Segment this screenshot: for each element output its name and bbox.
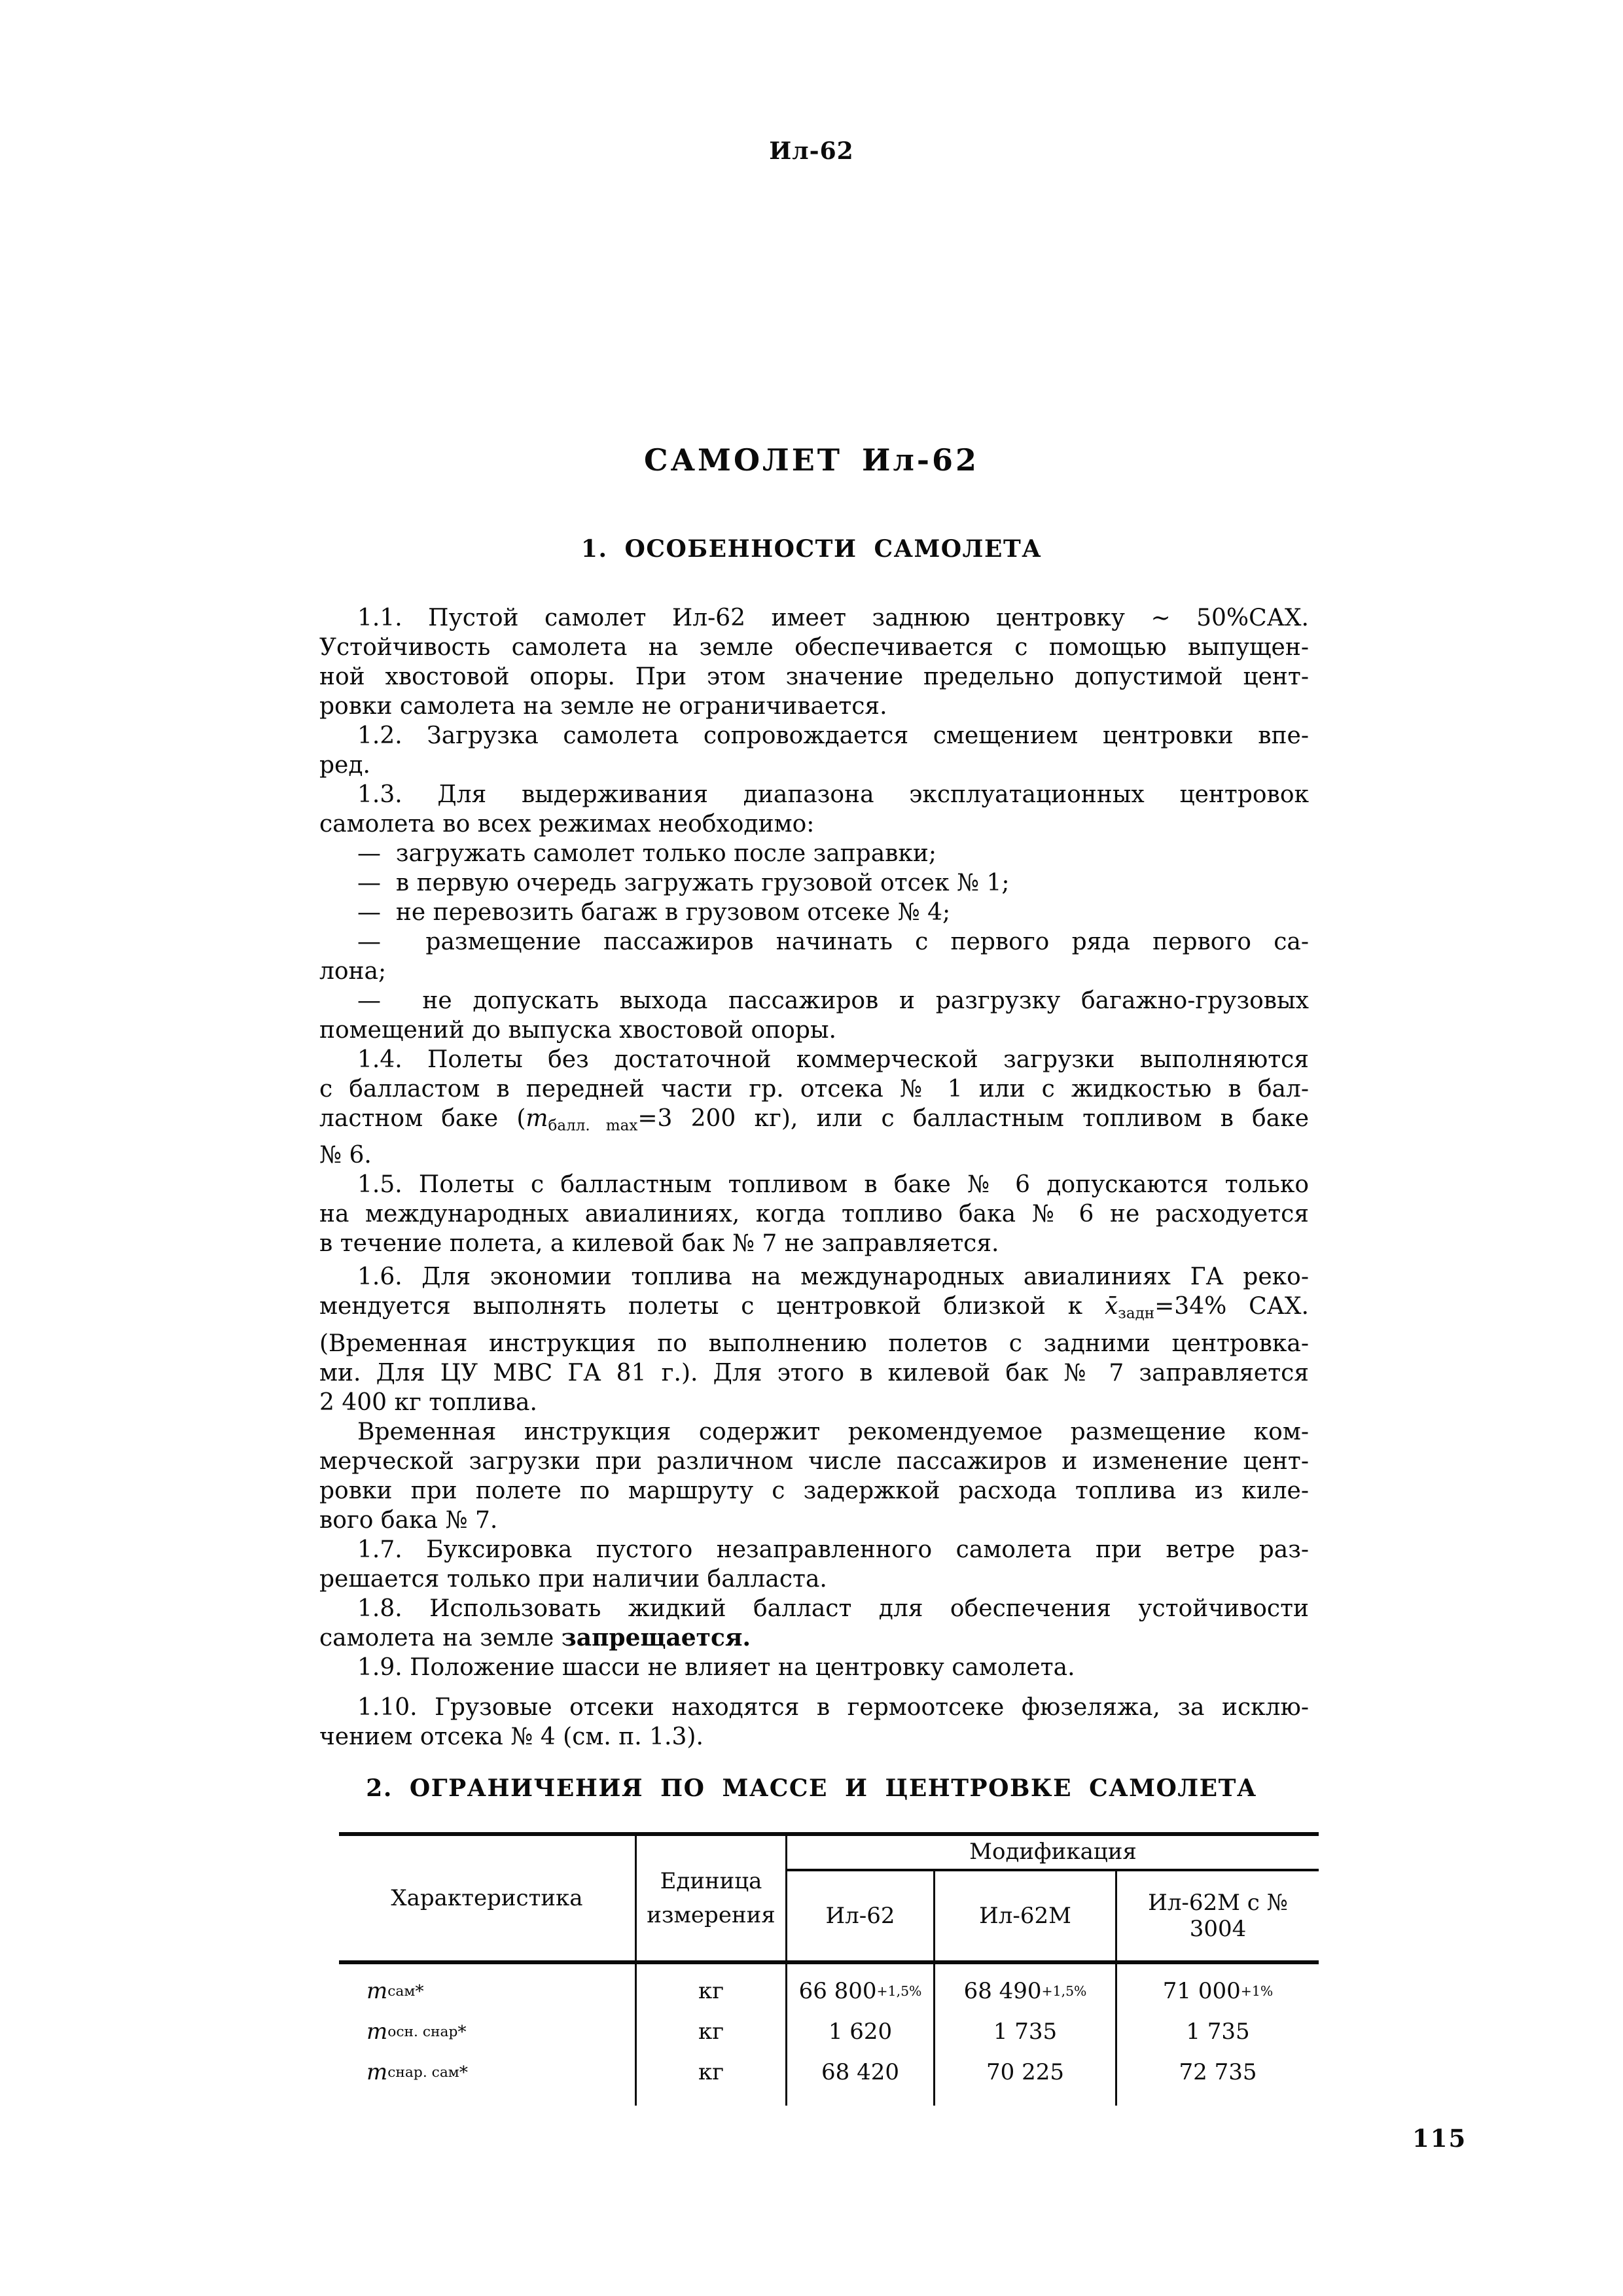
text-line: лона;: [319, 957, 1309, 986]
text-segment: ровки при полете по маршруту с задержкой…: [319, 1477, 1309, 1504]
running-header: Ил-62: [0, 137, 1623, 165]
row-label: mосн. снар*: [339, 2011, 635, 2052]
text-segment: 1.2. Загрузка самолета сопровождается см…: [357, 722, 1309, 749]
text-segment: 1.8. Использовать жидкий балласт для обе…: [357, 1595, 1309, 1622]
text-segment: 1.4. Полеты без достаточной коммерческой…: [357, 1046, 1309, 1073]
col-header-modification-group: Модификация: [787, 1835, 1319, 1869]
text-segment: ной хвостовой опоры. При этом значение п…: [319, 663, 1309, 690]
row-value-il62m-3004: 1 735: [1117, 2011, 1319, 2052]
paragraph: — размещение пассажиров начинать с перво…: [319, 927, 1309, 986]
text-segment: =3 200 кг), или с балластным топливом в …: [637, 1105, 1309, 1132]
text-segment: на международных авиалиниях, когда топли…: [319, 1201, 1309, 1227]
text-segment: Временная инструкция содержит рекомендуе…: [357, 1419, 1309, 1445]
col-header-il62: Ил-62: [787, 1871, 933, 1960]
text-line: 1.7. Буксировка пустого незаправленного …: [319, 1535, 1309, 1564]
value-number: 68 420: [821, 2059, 899, 2085]
table-row: mосн. снар* кг 1 620 1 735 1 735: [339, 2011, 1319, 2052]
text-segment: № 6.: [319, 1142, 372, 1169]
paragraph: 1.8. Использовать жидкий балласт для обе…: [319, 1594, 1309, 1653]
row-label-symbol: m: [366, 2019, 387, 2045]
text-line: — размещение пассажиров начинать с перво…: [319, 927, 1309, 957]
text-line: ми. Для ЦУ МВС ГА 81 г.). Для этого в ки…: [319, 1358, 1309, 1388]
page-number: 115: [1412, 2124, 1467, 2153]
text-line: 1.4. Полеты без достаточной коммерческой…: [319, 1045, 1309, 1074]
text-line: ред.: [319, 751, 1309, 780]
features-text-block: 1.1. Пустой самолет Ил-62 имеет заднюю ц…: [319, 603, 1309, 1752]
text-segment: самолета на земле: [319, 1625, 562, 1651]
row-label-star: *: [459, 2062, 468, 2083]
row-value-il62m-3004: 71 000+1%: [1117, 1971, 1319, 2011]
text-segment: 1.7. Буксировка пустого незаправленного …: [357, 1536, 1309, 1563]
text-segment: Устойчивость самолета на земле обеспечив…: [319, 634, 1309, 661]
text-line: самолета во всех режимах необходимо:: [319, 809, 1309, 839]
row-value-il62: 66 800+1,5%: [787, 1971, 933, 2011]
row-unit: кг: [637, 1971, 785, 2011]
row-value-il62m: 70 225: [935, 2052, 1115, 2093]
col-header-unit: Единица измерения: [637, 1836, 785, 1960]
text-line: в течение полета, а килевой бак № 7 не з…: [319, 1229, 1309, 1258]
paragraph: — не перевозить багаж в грузовом отсеке …: [319, 898, 1309, 927]
text-segment: 1.9. Положение шасси не влияет на центро…: [357, 1654, 1075, 1681]
paragraph: 1.6. Для экономии топлива на международн…: [319, 1262, 1309, 1417]
text-segment: помещений до выпуска хвостовой опоры.: [319, 1017, 836, 1044]
text-segment: — не перевозить багаж в грузовом отсеке …: [357, 899, 950, 926]
col-header-unit-line2: измерения: [647, 1898, 775, 1932]
text-segment: лона;: [319, 958, 386, 985]
text-line: мендуется выполнять полеты с центровкой …: [319, 1292, 1309, 1328]
page-title: САМОЛЕТ Ил-62: [0, 442, 1623, 478]
text-line: ровки при полете по маршруту с задержкой…: [319, 1476, 1309, 1506]
value-number: 1 735: [993, 2019, 1057, 2045]
row-unit: кг: [637, 2011, 785, 2052]
row-label-subscript: осн. снар: [387, 2024, 457, 2040]
text-line: — не перевозить багаж в грузовом отсеке …: [319, 898, 1309, 927]
section-2-heading: 2. ОГРАНИЧЕНИЯ ПО МАССЕ И ЦЕНТРОВКЕ САМО…: [0, 1775, 1623, 1802]
row-value-il62m: 1 735: [935, 2011, 1115, 2052]
text-segment: самолета во всех режимах необходимо:: [319, 811, 814, 838]
text-line: 2 400 кг топлива.: [319, 1388, 1309, 1417]
value-number: 72 735: [1179, 2059, 1257, 2085]
table-rule-header-bottom: [339, 1960, 1319, 1964]
paragraph: 1.2. Загрузка самолета сопровождается см…: [319, 721, 1309, 780]
table-row: mсам* кг 66 800+1,5% 68 490+1,5% 71 000+…: [339, 1971, 1319, 2011]
text-segment: 1.6. Для экономии топлива на международн…: [357, 1263, 1309, 1290]
row-value-il62: 68 420: [787, 2052, 933, 2093]
row-label-subscript: сам: [387, 1983, 415, 2000]
text-line: 1.6. Для экономии топлива на международн…: [319, 1262, 1309, 1292]
text-segment: 1.1. Пустой самолет Ил-62 имеет заднюю ц…: [357, 605, 1309, 631]
row-unit: кг: [637, 2052, 785, 2093]
col-header-unit-line1: Единица: [660, 1864, 762, 1898]
text-segment: 1.5. Полеты с балластным топливом в баке…: [357, 1171, 1309, 1198]
text-line: с балластом в передней части гр. отсека …: [319, 1074, 1309, 1104]
section-1-heading: 1. ОСОБЕННОСТИ САМОЛЕТА: [0, 535, 1623, 563]
paragraph: — в первую очередь загружать грузовой от…: [319, 868, 1309, 898]
col-header-characteristic: Характеристика: [339, 1836, 635, 1960]
text-segment: в течение полета, а килевой бак № 7 не з…: [319, 1230, 999, 1257]
value-number: 1 735: [1186, 2019, 1249, 2045]
text-line: 1.2. Загрузка самолета сопровождается см…: [319, 721, 1309, 751]
row-value-il62m: 68 490+1,5%: [935, 1971, 1115, 2011]
value-number: 68 490: [964, 1978, 1042, 2004]
paragraph: 1.10. Грузовые отсеки находятся в гермоо…: [319, 1693, 1309, 1752]
paragraph: 1.4. Полеты без достаточной коммерческой…: [319, 1045, 1309, 1170]
col-header-il62m: Ил-62М: [935, 1871, 1115, 1960]
text-segment: =34% САХ.: [1154, 1293, 1309, 1320]
paragraph: 1.9. Положение шасси не влияет на центро…: [319, 1653, 1309, 1682]
text-line: — в первую очередь загружать грузовой от…: [319, 868, 1309, 898]
row-label-subscript: снар. сам: [387, 2064, 459, 2081]
text-line: — загружать самолет только после заправк…: [319, 839, 1309, 868]
row-label: mснар. сам*: [339, 2052, 635, 2093]
row-value-il62: 1 620: [787, 2011, 933, 2052]
text-line: ной хвостовой опоры. При этом значение п…: [319, 662, 1309, 692]
value-number: 1 620: [829, 2019, 892, 2045]
text-segment: 1.10. Грузовые отсеки находятся в гермоо…: [357, 1694, 1309, 1721]
paragraph: Временная инструкция содержит рекомендуе…: [319, 1417, 1309, 1535]
row-label-symbol: m: [366, 2059, 387, 2085]
text-line: — не допускать выхода пассажиров и разгр…: [319, 986, 1309, 1016]
text-segment: решается только при наличии балласта.: [319, 1566, 827, 1593]
text-segment: ми. Для ЦУ МВС ГА 81 г.). Для этого в ки…: [319, 1360, 1309, 1386]
paragraph: 1.3. Для выдерживания диапазона эксплуат…: [319, 780, 1309, 839]
text-line: на международных авиалиниях, когда топли…: [319, 1199, 1309, 1229]
text-segment: — в первую очередь загружать грузовой от…: [357, 870, 1010, 896]
text-line: решается только при наличии балласта.: [319, 1564, 1309, 1594]
value-tolerance: +1,5%: [1042, 1983, 1087, 1999]
text-segment: — загружать самолет только после заправк…: [357, 840, 936, 867]
formula-subscript: балл. max: [548, 1117, 638, 1134]
text-line: 1.8. Использовать жидкий балласт для обе…: [319, 1594, 1309, 1623]
paragraph: 1.1. Пустой самолет Ил-62 имеет заднюю ц…: [319, 603, 1309, 721]
text-line: вого бака № 7.: [319, 1506, 1309, 1535]
text-segment: — не допускать выхода пассажиров и разгр…: [357, 987, 1309, 1014]
paragraph: — не допускать выхода пассажиров и разгр…: [319, 986, 1309, 1045]
text-segment: 1.3. Для выдерживания диапазона эксплуат…: [357, 781, 1309, 808]
text-line: помещений до выпуска хвостовой опоры.: [319, 1016, 1309, 1045]
text-segment: ровки самолета на земле не ограничиваетс…: [319, 693, 887, 720]
row-value-il62m-3004: 72 735: [1117, 2052, 1319, 2093]
text-line: 1.10. Грузовые отсеки находятся в гермоо…: [319, 1693, 1309, 1722]
text-segment: ред.: [319, 752, 370, 779]
text-line: ластном баке (mбалл. max=3 200 кг), или …: [319, 1104, 1309, 1140]
row-label-symbol: m: [366, 1978, 387, 2004]
text-segment: чением отсека № 4 (см. п. 1.3).: [319, 1723, 704, 1750]
text-segment: мендуется выполнять полеты с центровкой …: [319, 1293, 1105, 1320]
text-line: мерческой загрузки при различном числе п…: [319, 1447, 1309, 1476]
formula-variable: х̄: [1105, 1293, 1118, 1320]
text-line: Временная инструкция содержит рекомендуе…: [319, 1417, 1309, 1447]
text-line: чением отсека № 4 (см. п. 1.3).: [319, 1722, 1309, 1752]
row-label-star: *: [415, 1981, 423, 2002]
row-label-star: *: [457, 2022, 466, 2042]
value-tolerance: +1%: [1241, 1983, 1273, 1999]
paragraph: 1.7. Буксировка пустого незаправленного …: [319, 1535, 1309, 1594]
col-header-il62m-3004: Ил-62М с № 3004: [1117, 1871, 1319, 1960]
text-segment: запрещается.: [562, 1624, 751, 1651]
text-line: 1.9. Положение шасси не влияет на центро…: [319, 1653, 1309, 1682]
value-number: 71 000: [1163, 1978, 1241, 2004]
value-number: 70 225: [986, 2059, 1064, 2085]
value-number: 66 800: [799, 1978, 877, 2004]
text-line: (Временная инструкция по выполнению поле…: [319, 1329, 1309, 1358]
text-segment: вого бака № 7.: [319, 1507, 497, 1534]
text-segment: — размещение пассажиров начинать с перво…: [357, 928, 1309, 955]
text-segment: мерческой загрузки при различном числе п…: [319, 1448, 1309, 1475]
text-segment: (Временная инструкция по выполнению поле…: [319, 1330, 1309, 1357]
document-page: Ил-62 САМОЛЕТ Ил-62 1. ОСОБЕННОСТИ САМОЛ…: [0, 0, 1623, 2296]
text-line: 1.3. Для выдерживания диапазона эксплуат…: [319, 780, 1309, 809]
limits-table: Характеристика Единица измерения Модифик…: [339, 1832, 1319, 2113]
formula-subscript: задн: [1118, 1305, 1154, 1322]
text-line: ровки самолета на земле не ограничиваетс…: [319, 692, 1309, 721]
text-line: Устойчивость самолета на земле обеспечив…: [319, 633, 1309, 662]
row-label: mсам*: [339, 1971, 635, 2011]
value-tolerance: +1,5%: [877, 1983, 922, 1999]
text-line: 1.5. Полеты с балластным топливом в баке…: [319, 1170, 1309, 1199]
text-line: 1.1. Пустой самолет Ил-62 имеет заднюю ц…: [319, 603, 1309, 633]
paragraph: — загружать самолет только после заправк…: [319, 839, 1309, 868]
text-line: № 6.: [319, 1140, 1309, 1170]
text-line: самолета на земле запрещается.: [319, 1623, 1309, 1653]
paragraph: 1.5. Полеты с балластным топливом в баке…: [319, 1170, 1309, 1258]
text-segment: с балластом в передней части гр. отсека …: [319, 1076, 1309, 1103]
text-segment: ластном баке (: [319, 1105, 526, 1132]
text-segment: 2 400 кг топлива.: [319, 1389, 537, 1416]
formula-variable: m: [526, 1105, 548, 1132]
table-row: mснар. сам* кг 68 420 70 225 72 735: [339, 2052, 1319, 2093]
